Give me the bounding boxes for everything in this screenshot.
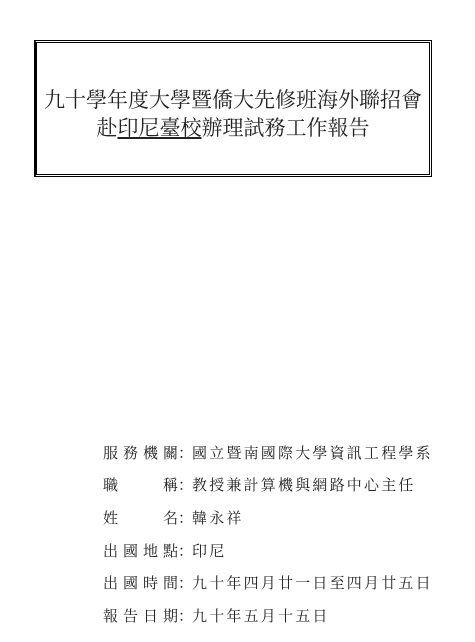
info-label: 報 告 日 期: [103, 605, 178, 626]
info-row-travel-dates: 出 國 時 間 ： 九十年四月廿一日至四月廿五日: [103, 566, 433, 599]
title-line-2-prefix: 赴: [97, 116, 118, 140]
info-label: 出 國 地 點: [103, 540, 178, 561]
info-row-organization: 服 務 機 關 ： 國立暨南國際大學資訊工程學系: [103, 436, 433, 469]
title-underlined-destination: 印尼臺校: [118, 116, 202, 140]
info-row-name: 姓 名 ： 韓永祥: [103, 501, 433, 534]
report-title: 九十學年度大學暨僑大先修班海外聯招會 赴印尼臺校辦理試務工作報告: [37, 86, 429, 142]
title-line-2-suffix: 辦理試務工作報告: [202, 116, 370, 140]
label-char: 姓: [103, 507, 118, 528]
info-value: 國立暨南國際大學資訊工程學系: [192, 442, 433, 463]
label-char: 機: [143, 442, 158, 463]
info-colon: ：: [178, 572, 192, 593]
label-char: 名: [163, 507, 178, 528]
label-char: 關: [163, 442, 178, 463]
label-char: 間: [163, 572, 178, 593]
info-colon: ：: [178, 507, 192, 528]
label-char: 國: [123, 540, 138, 561]
title-line-2: 赴印尼臺校辦理試務工作報告: [37, 114, 429, 142]
label-char: 出: [103, 540, 118, 561]
info-colon: ：: [178, 540, 192, 561]
info-value: 九十年四月廿一日至四月廿五日: [192, 572, 433, 593]
label-char: 期: [163, 605, 178, 626]
info-row-title: 職 稱 ： 教授兼計算機與網路中心主任: [103, 469, 433, 502]
info-value: 教授兼計算機與網路中心主任: [192, 474, 416, 495]
info-value: 九十年五月十五日: [192, 605, 330, 626]
label-char: 出: [103, 572, 118, 593]
label-char: 服: [103, 442, 118, 463]
label-char: 國: [123, 572, 138, 593]
label-char: 點: [163, 540, 178, 561]
report-info: 服 務 機 關 ： 國立暨南國際大學資訊工程學系 職 稱 ： 教授兼計算機與網路…: [103, 436, 433, 632]
info-label: 職 稱: [103, 474, 178, 495]
label-char: 地: [143, 540, 158, 561]
info-value: 印尼: [192, 540, 226, 561]
label-char: 告: [123, 605, 138, 626]
info-row-destination: 出 國 地 點 ： 印尼: [103, 534, 433, 567]
info-label: 姓 名: [103, 507, 178, 528]
title-line-1: 九十學年度大學暨僑大先修班海外聯招會: [37, 86, 429, 114]
label-char: 報: [103, 605, 118, 626]
title-box: 九十學年度大學暨僑大先修班海外聯招會 赴印尼臺校辦理試務工作報告: [34, 40, 432, 177]
label-char: 時: [143, 572, 158, 593]
label-char: 日: [143, 605, 158, 626]
info-row-report-date: 報 告 日 期 ： 九十年五月十五日: [103, 599, 433, 632]
label-char: 稱: [163, 474, 178, 495]
info-value: 韓永祥: [192, 507, 244, 528]
info-colon: ：: [178, 442, 192, 463]
info-colon: ：: [178, 474, 192, 495]
label-char: 務: [123, 442, 138, 463]
info-colon: ：: [178, 605, 192, 626]
info-label: 出 國 時 間: [103, 572, 178, 593]
info-label: 服 務 機 關: [103, 442, 178, 463]
label-char: 職: [103, 474, 118, 495]
